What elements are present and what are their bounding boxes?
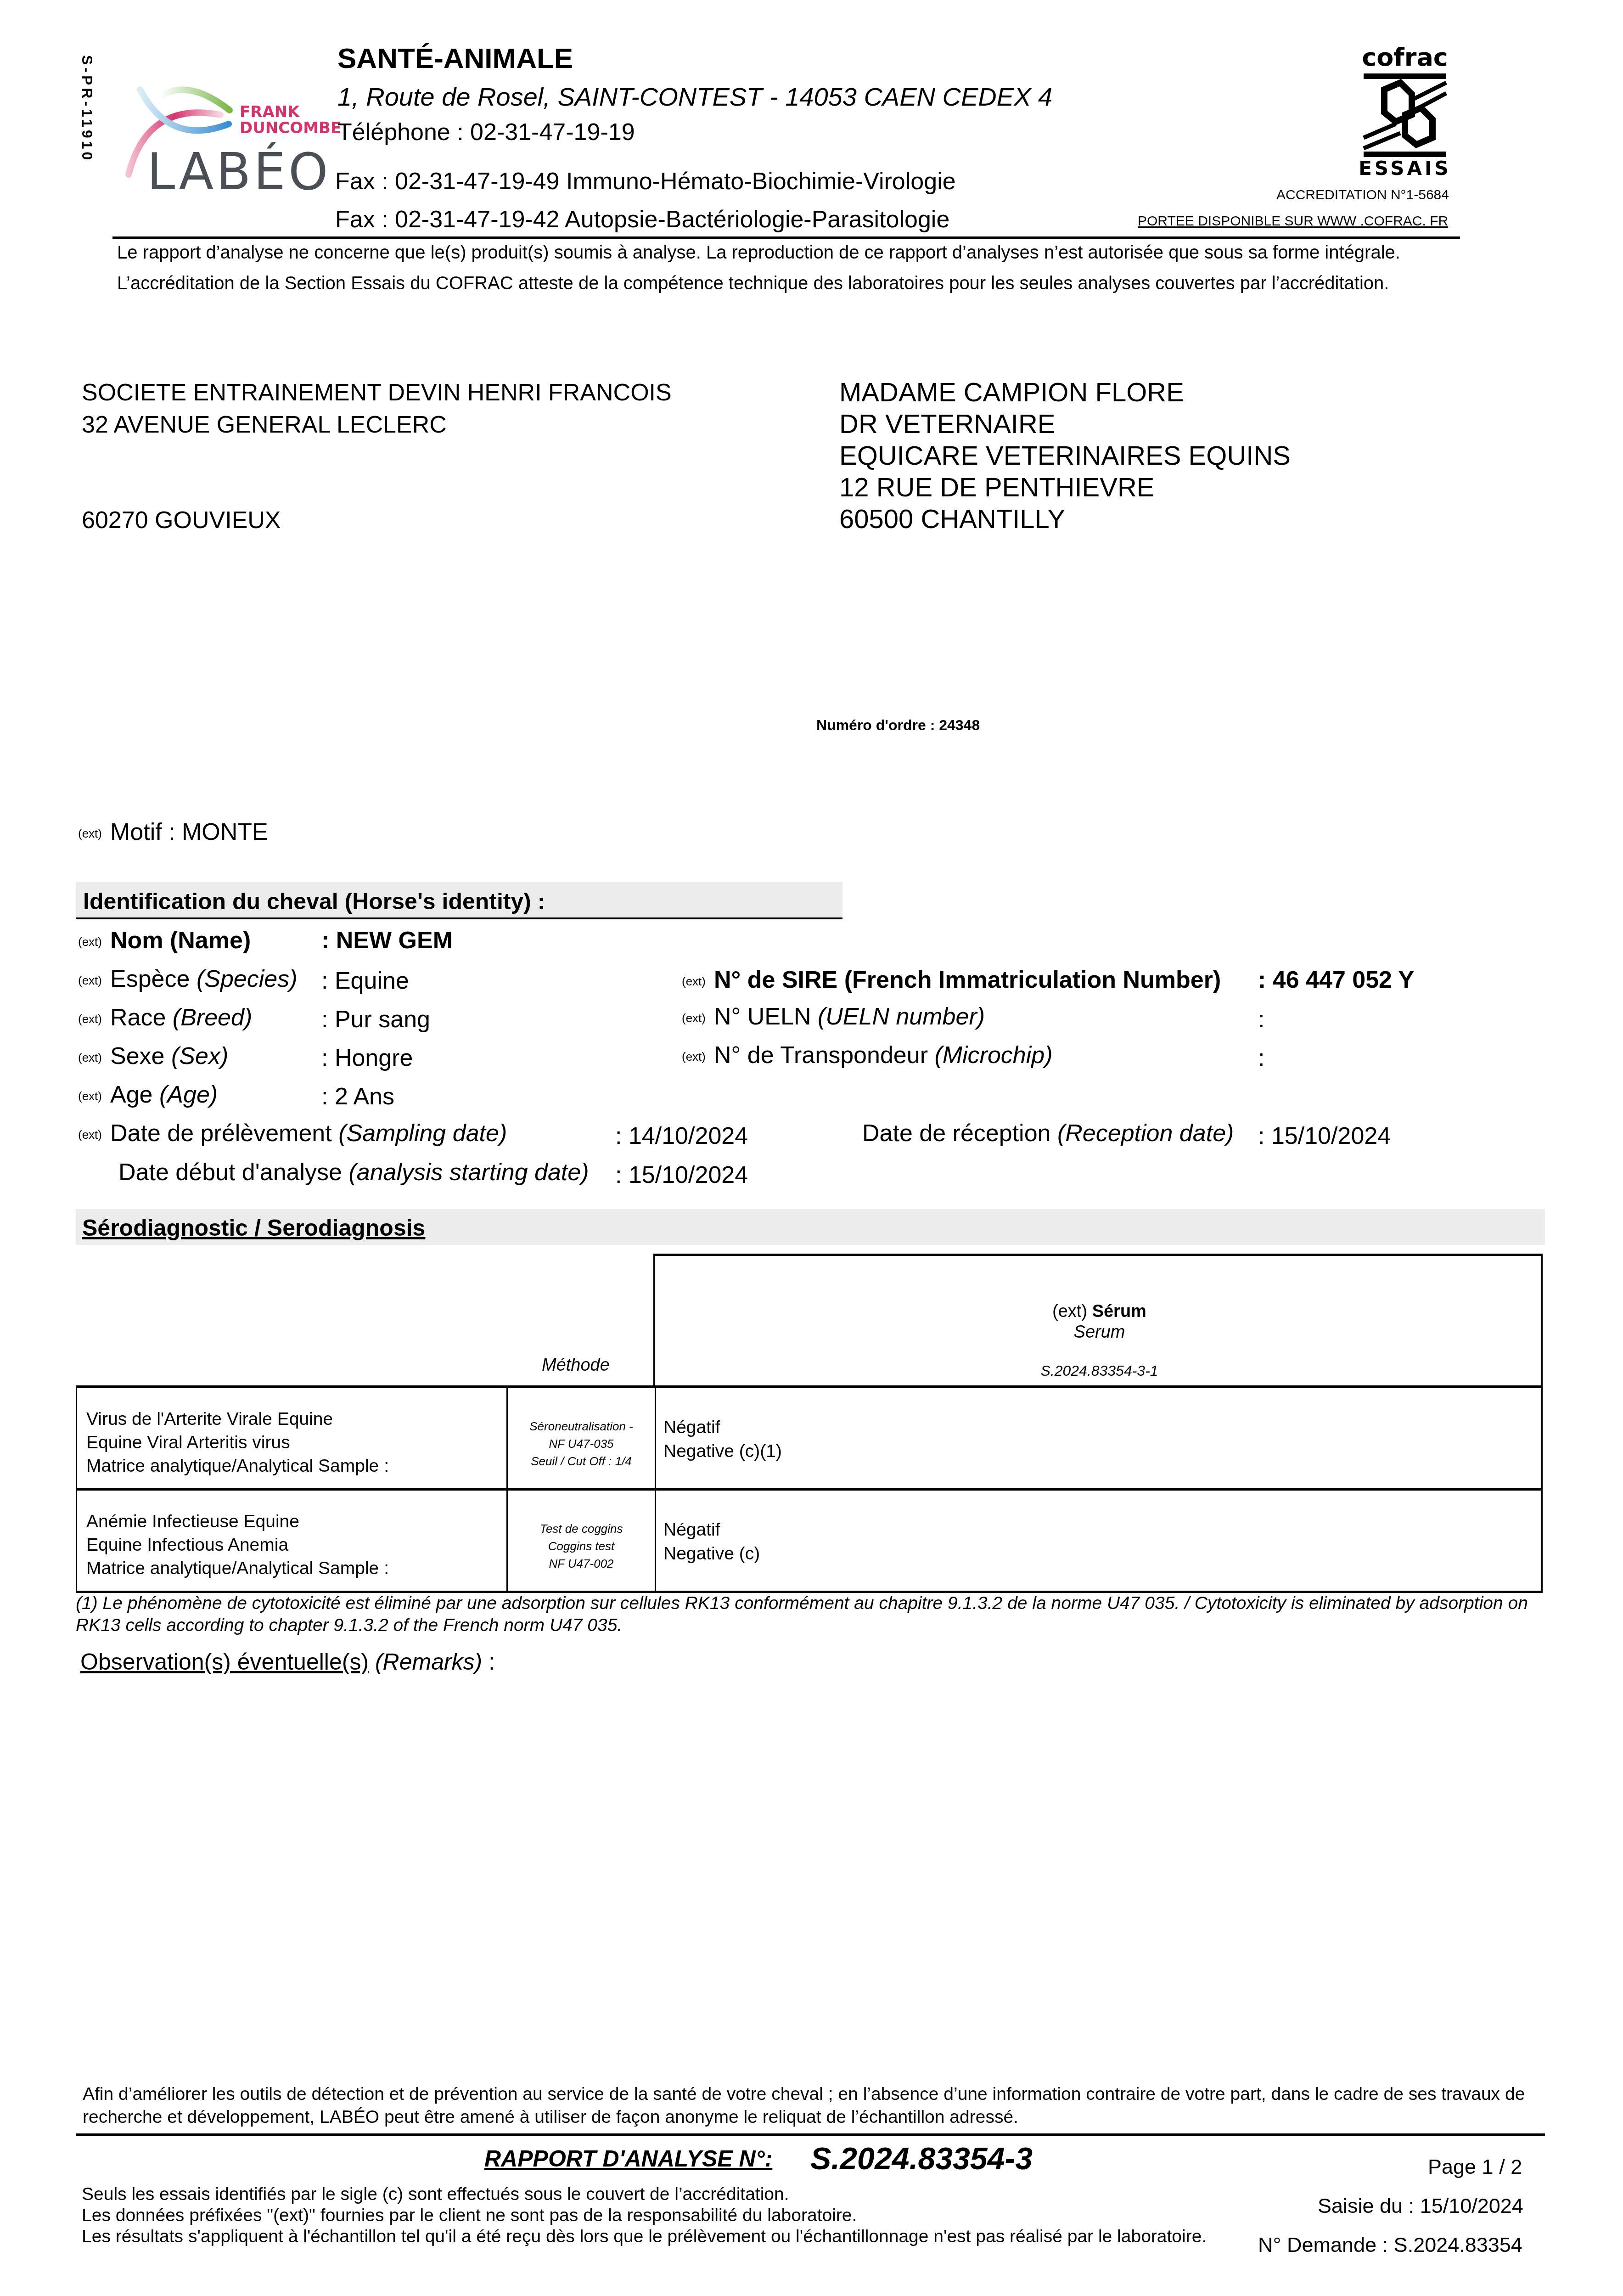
reception-label-en: (Reception date) bbox=[1057, 1120, 1234, 1147]
lab-title: SANTÉ-ANIMALE bbox=[337, 42, 573, 75]
name-label: Nom (Name) bbox=[110, 927, 251, 954]
analysis-start-label-en: (analysis starting date) bbox=[348, 1159, 589, 1186]
method-cell: Séroneutralisation - NF U47-035 Seuil / … bbox=[509, 1418, 654, 1470]
method-line: NF U47-035 bbox=[509, 1435, 654, 1452]
address-line: 60270 GOUVIEUX bbox=[82, 504, 672, 536]
method-cell: Test de coggins Coggins test NF U47-002 bbox=[509, 1520, 654, 1572]
microchip-row: (ext)N° de Transpondeur (Microchip) bbox=[682, 1041, 1053, 1069]
ext-tag: (ext) bbox=[78, 935, 102, 949]
analyte-line: Anémie Infectieuse Equine bbox=[86, 1510, 389, 1533]
method-line: Seuil / Cut Off : 1/4 bbox=[509, 1452, 654, 1470]
reception-date-row: Date de réception (Reception date) bbox=[862, 1120, 1234, 1147]
address-line: 60500 CHANTILLY bbox=[839, 503, 1291, 535]
ueln-row: (ext)N° UELN (UELN number) bbox=[682, 1003, 985, 1030]
identification-title: Identification du cheval (Horse's identi… bbox=[83, 888, 545, 915]
sire-label: N° de SIRE (French Immatriculation Numbe… bbox=[714, 967, 1221, 993]
sire-value: : 46 447 052 Y bbox=[1258, 966, 1414, 994]
sire-row: (ext)N° de SIRE (French Immatriculation … bbox=[682, 966, 1221, 994]
address-line bbox=[82, 473, 672, 505]
cofrac-scope-link[interactable]: PORTEE DISPONIBLE SUR WWW .COFRAC. FR bbox=[1138, 214, 1448, 229]
species-value: : Equine bbox=[321, 967, 409, 995]
report-label: RAPPORT D'ANALYSE N°: bbox=[484, 2145, 772, 2172]
remarks-colon: : bbox=[489, 1649, 495, 1675]
reception-label: Date de réception bbox=[862, 1120, 1051, 1147]
accreditation-disclaimer: L’accréditation de la Section Essais du … bbox=[117, 273, 1389, 294]
accreditation-note: Seuls les essais identifiés par le sigle… bbox=[82, 2184, 789, 2205]
address-line: MADAME CAMPION FLORE bbox=[839, 377, 1291, 408]
column-divider bbox=[655, 1491, 656, 1591]
labeo-logo: FRANK DUNCOMBE LABÉO bbox=[110, 69, 340, 207]
cofrac-logo: cofrac ESSAIS bbox=[1359, 39, 1451, 177]
species-label-en: (Species) bbox=[197, 966, 298, 992]
sampling-date-value: : 14/10/2024 bbox=[615, 1122, 748, 1150]
ext-tag: (ext) bbox=[78, 1089, 102, 1103]
breed-value: : Pur sang bbox=[321, 1006, 430, 1033]
microchip-label-en: (Microchip) bbox=[934, 1042, 1052, 1069]
age-label-en: (Age) bbox=[159, 1081, 218, 1108]
sender-address: SOCIETE ENTRAINEMENT DEVIN HENRI FRANCOI… bbox=[82, 377, 672, 536]
table-row: Anémie Infectieuse Equine Equine Infecti… bbox=[76, 1491, 1543, 1593]
microchip-value: : bbox=[1258, 1044, 1264, 1072]
method-line: Séroneutralisation - bbox=[509, 1418, 654, 1435]
method-column-header: Méthode bbox=[542, 1356, 610, 1375]
ext-tag: (ext) bbox=[682, 1050, 706, 1064]
method-line: Test de coggins bbox=[509, 1520, 654, 1537]
svg-text:cofrac: cofrac bbox=[1362, 43, 1448, 72]
method-line: NF U47-002 bbox=[509, 1555, 654, 1572]
sampling-label: Date de prélèvement bbox=[110, 1120, 332, 1147]
address-line: 32 AVENUE GENERAL LECLERC bbox=[82, 409, 672, 441]
cofrac-essais-icon: cofrac ESSAIS bbox=[1359, 39, 1451, 177]
results-scope-note: Les résultats s'appliquent à l'échantill… bbox=[82, 2227, 1207, 2247]
ext-tag: (ext) bbox=[78, 1012, 102, 1026]
sex-row: (ext)Sexe (Sex) bbox=[78, 1042, 228, 1070]
ueln-label: N° UELN bbox=[714, 1003, 811, 1030]
address-line bbox=[82, 441, 672, 473]
recipient-address: MADAME CAMPION FLORE DR VETERNAIRE EQUIC… bbox=[839, 377, 1291, 535]
page-number: Page 1 / 2 bbox=[1428, 2155, 1522, 2179]
remarks-label-en: (Remarks) bbox=[375, 1649, 482, 1675]
species-label: Espèce bbox=[110, 966, 190, 992]
ueln-value: : bbox=[1258, 1006, 1264, 1033]
sampling-date-row: (ext)Date de prélèvement (Sampling date) bbox=[78, 1120, 507, 1147]
lab-phone: Téléphone : 02-31-47-19-19 bbox=[337, 118, 635, 146]
order-number: Numéro d'ordre : 24348 bbox=[816, 717, 980, 734]
sex-value: : Hongre bbox=[321, 1044, 413, 1072]
entry-date: Saisie du : 15/10/2024 bbox=[1318, 2194, 1523, 2218]
ueln-label-en: (UELN number) bbox=[818, 1003, 985, 1030]
remarks-label: Observation(s) éventuelle(s) bbox=[80, 1649, 369, 1675]
serodiagnosis-header: Sérodiagnostic / Serodiagnosis bbox=[76, 1209, 1545, 1245]
analysis-start-row: Date début d'analyse (analysis starting … bbox=[118, 1159, 589, 1186]
age-value: : 2 Ans bbox=[321, 1083, 394, 1110]
address-line: DR VETERNAIRE bbox=[839, 408, 1291, 440]
analyte-line: Matrice analytique/Analytical Sample : bbox=[86, 1557, 389, 1580]
lab-address: 1, Route de Rosel, SAINT-CONTEST - 14053… bbox=[337, 82, 1052, 112]
result-line: Négatif bbox=[663, 1518, 760, 1542]
ext-tag: (ext) bbox=[78, 1051, 102, 1064]
age-label: Age bbox=[110, 1081, 153, 1108]
ext-tag: (ext) bbox=[78, 974, 102, 987]
lab-fax-1: Fax : 02-31-47-19-49 Immuno-Hémato-Bioch… bbox=[335, 168, 956, 195]
sex-label: Sexe bbox=[110, 1043, 165, 1069]
result-line: Negative (c) bbox=[663, 1542, 760, 1566]
microchip-label: N° de Transpondeur bbox=[714, 1042, 928, 1069]
result-cell: Négatif Negative (c)(1) bbox=[663, 1416, 782, 1463]
analysis-start-label: Date début d'analyse bbox=[118, 1159, 342, 1186]
document-code: S-PR-11910 bbox=[79, 55, 95, 163]
analyte-cell: Virus de l'Arterite Virale Equine Equine… bbox=[86, 1407, 389, 1478]
footer-divider bbox=[76, 2133, 1545, 2136]
address-line: SOCIETE ENTRAINEMENT DEVIN HENRI FRANCOI… bbox=[82, 377, 672, 409]
serodiagnosis-title: Sérodiagnostic / Serodiagnosis bbox=[82, 1215, 425, 1241]
result-line: Negative (c)(1) bbox=[663, 1440, 782, 1463]
analysis-start-value: : 15/10/2024 bbox=[615, 1161, 748, 1189]
report-number: S.2024.83354-3 bbox=[810, 2141, 1033, 2177]
research-note: Afin d’améliorer les outils de détection… bbox=[83, 2083, 1552, 2129]
analyte-line: Matrice analytique/Analytical Sample : bbox=[86, 1454, 389, 1478]
table-row: Virus de l'Arterite Virale Equine Equine… bbox=[76, 1388, 1543, 1491]
column-divider bbox=[506, 1491, 508, 1591]
svg-text:FRANK: FRANK bbox=[240, 103, 300, 121]
horse-name-row: (ext)Nom (Name) bbox=[78, 927, 251, 954]
sex-label-en: (Sex) bbox=[171, 1043, 228, 1069]
sample-header-cell: (ext) Sérum Serum S.2024.83354-3-1 bbox=[653, 1254, 1543, 1387]
motif: (ext)Motif : MONTE bbox=[78, 818, 268, 846]
ext-tag: (ext) bbox=[682, 1011, 706, 1025]
age-row: (ext)Age (Age) bbox=[78, 1081, 218, 1109]
ext-tag: (ext) bbox=[1052, 1302, 1087, 1321]
breed-label: Race bbox=[110, 1004, 166, 1031]
ext-tag: (ext) bbox=[78, 1128, 102, 1142]
svg-text:LABÉO: LABÉO bbox=[147, 142, 331, 201]
motif-text: Motif : MONTE bbox=[110, 819, 268, 845]
method-line: Coggins test bbox=[509, 1537, 654, 1555]
svg-text:ESSAIS: ESSAIS bbox=[1359, 157, 1451, 177]
sample-type-label: Sérum bbox=[1092, 1302, 1146, 1321]
accreditation-number: ACCREDITATION N°1-5684 bbox=[1276, 187, 1449, 203]
result-line: Négatif bbox=[663, 1416, 782, 1440]
result-cell: Négatif Negative (c) bbox=[663, 1518, 760, 1566]
labeo-swoosh-icon: FRANK DUNCOMBE LABÉO bbox=[110, 69, 340, 207]
column-divider bbox=[655, 1388, 656, 1488]
sample-id: S.2024.83354-3-1 bbox=[655, 1362, 1544, 1379]
name-value: : NEW GEM bbox=[321, 927, 453, 954]
header-divider bbox=[112, 236, 1460, 239]
analyte-line: Equine Infectious Anemia bbox=[86, 1533, 389, 1557]
analyte-cell: Anémie Infectieuse Equine Equine Infecti… bbox=[86, 1510, 389, 1580]
column-divider bbox=[506, 1388, 508, 1488]
report-disclaimer: Le rapport d’analyse ne concerne que le(… bbox=[117, 242, 1400, 263]
ext-data-note: Les données préfixées "(ext)" fournies p… bbox=[82, 2206, 857, 2226]
breed-row: (ext)Race (Breed) bbox=[78, 1004, 252, 1031]
sample-type-en: Serum bbox=[655, 1322, 1544, 1342]
ext-tag: (ext) bbox=[78, 827, 102, 840]
sampling-label-en: (Sampling date) bbox=[338, 1120, 507, 1147]
ext-tag: (ext) bbox=[682, 974, 706, 988]
breed-label-en: (Breed) bbox=[173, 1004, 252, 1031]
table-footnote: (1) Le phénomène de cytotoxicité est éli… bbox=[76, 1593, 1545, 1637]
reception-date-value: : 15/10/2024 bbox=[1258, 1122, 1391, 1150]
request-number: N° Demande : S.2024.83354 bbox=[1258, 2233, 1522, 2257]
analyte-line: Virus de l'Arterite Virale Equine bbox=[86, 1407, 389, 1431]
species-row: (ext)Espèce (Species) bbox=[78, 965, 298, 993]
analyte-line: Equine Viral Arteritis virus bbox=[86, 1431, 389, 1454]
lab-fax-2: Fax : 02-31-47-19-42 Autopsie-Bactériolo… bbox=[335, 206, 949, 233]
identification-header: Identification du cheval (Horse's identi… bbox=[76, 882, 842, 919]
remarks: Observation(s) éventuelle(s) (Remarks) : bbox=[80, 1649, 495, 1675]
svg-text:DUNCOMBE: DUNCOMBE bbox=[240, 119, 340, 137]
address-line: EQUICARE VETERINAIRES EQUINS bbox=[839, 440, 1291, 472]
sample-type: (ext) Sérum bbox=[655, 1302, 1544, 1322]
address-line: 12 RUE DE PENTHIEVRE bbox=[839, 472, 1291, 503]
